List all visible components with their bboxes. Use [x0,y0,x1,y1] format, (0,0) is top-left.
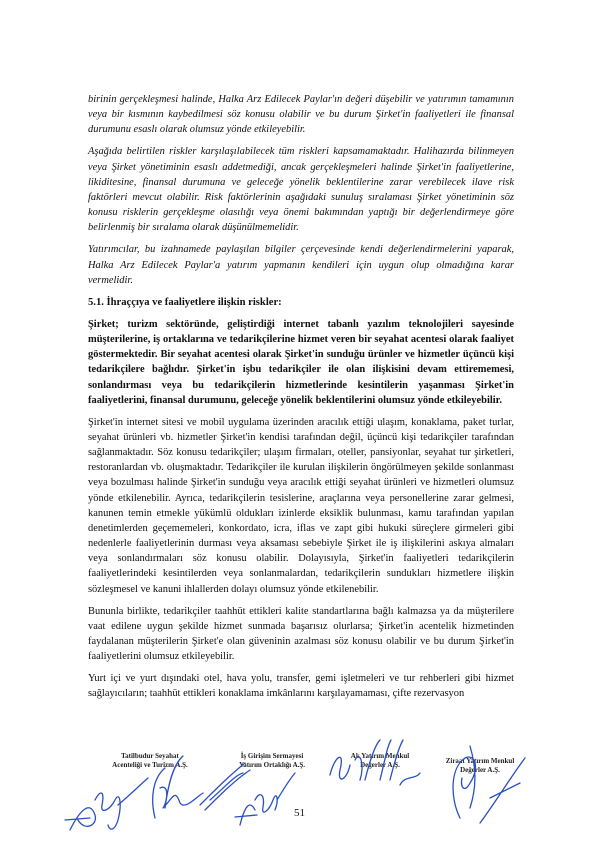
document-body: birinin gerçekleşmesi halinde, Halka Arz… [88,92,514,709]
intro-paragraph-2: Aşağıda belirtilen riskler karşılaşılabi… [88,144,514,235]
body-paragraph-2: Bununla birlikte, tedarikçiler taahhüt e… [88,604,514,665]
risk-summary-paragraph: Şirket; turizm sektöründe, geliştirdiği … [88,317,514,408]
signature-icon [195,745,305,835]
signature-icon [440,738,530,828]
intro-paragraph-3: Yatırımcılar, bu izahnamede paylaşılan b… [88,242,514,287]
body-paragraph-1: Şirket'in internet sitesi ve mobil uygul… [88,415,514,597]
intro-paragraph-1: birinin gerçekleşmesi halinde, Halka Arz… [88,92,514,137]
signature-icon [325,735,425,795]
section-heading: 5.1. İhraççıya ve faaliyetlere ilişkin r… [88,295,514,310]
body-paragraph-3: Yurt içi ve yurt dışındaki otel, hava yo… [88,671,514,701]
